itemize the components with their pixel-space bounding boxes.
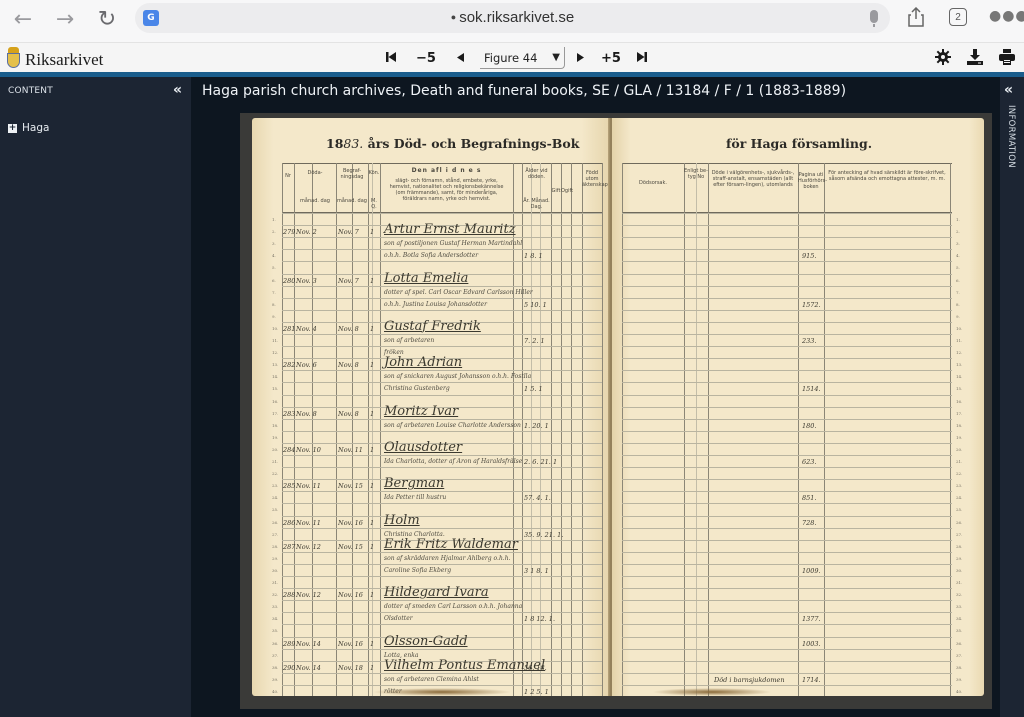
entry-note: son af arbetaren Clemina Ahlst: [384, 676, 479, 683]
row-rule: [622, 249, 952, 250]
url-text: sok.riksarkivet.se: [459, 9, 574, 26]
column-rule: [824, 163, 825, 696]
page-reference: 1714.: [802, 676, 821, 684]
row-number: 20.: [956, 447, 962, 452]
row-number: 32.: [956, 592, 962, 597]
entry-age: 1 8 12. 1.: [524, 615, 555, 623]
row-rule: [622, 516, 952, 517]
entry-burial-date: Nov. 11: [338, 446, 363, 454]
row-number: 11.: [272, 338, 278, 343]
row-number: 16.: [956, 399, 962, 404]
entry-sex: 1: [370, 277, 374, 285]
app-header: Riksarkivet −5 Figure 44 ▼ +5: [0, 42, 1024, 72]
header-page-ref: Pagina uti Husförhörs-boken: [798, 172, 824, 190]
entry-age: 1 8. 1: [524, 252, 543, 260]
entry-note: Christina Gustenberg: [384, 385, 450, 392]
row-rule: [282, 528, 602, 529]
row-rule: [622, 310, 952, 311]
row-number: 9.: [956, 314, 960, 319]
column-rule: [312, 163, 313, 696]
tab-count: 2: [955, 12, 961, 23]
header-unmarried: Ogift: [561, 188, 571, 194]
right-page-heading: för Haga församling.: [726, 136, 872, 151]
caret-left-icon: [457, 53, 464, 62]
entry-name: Vilhelm Pontus Emanuel: [384, 658, 545, 673]
row-rule: [622, 552, 952, 553]
row-number: 40.: [272, 689, 278, 694]
header-age-sub: År. Månad. Dag.: [522, 198, 551, 210]
column-rule: [571, 163, 572, 696]
last-figure-button[interactable]: [627, 51, 657, 66]
more-options-icon[interactable]: ●●●: [989, 8, 1024, 24]
entry-death-date: Nov. 3: [296, 277, 317, 285]
first-figure-button[interactable]: [380, 51, 402, 66]
header-sex: Kön.: [368, 170, 380, 176]
entry-age: 1 2 5. 1: [524, 688, 549, 696]
row-number: 29.: [956, 556, 962, 561]
row-number: 8.: [956, 302, 960, 307]
row-number: 37.: [272, 653, 278, 658]
entry-death-date: Nov. 12: [296, 591, 321, 599]
row-rule: [282, 286, 602, 287]
row-number: 25.: [956, 507, 962, 512]
row-number: 10.: [272, 326, 278, 331]
row-number: 27.: [956, 532, 962, 537]
header-age: Ålder vid döden.: [522, 168, 551, 180]
print-icon[interactable]: [998, 48, 1016, 66]
row-rule: [622, 564, 952, 565]
row-rule: [282, 685, 602, 686]
entry-name: Erik Fritz Waldemar: [384, 537, 518, 552]
header-died: Döda-: [294, 170, 336, 176]
entry-note: son af arbetaren Louise Charlotte Anders…: [384, 422, 521, 429]
document-title: Haga parish church archives, Death and f…: [202, 83, 846, 99]
skip-first-icon: [386, 52, 396, 62]
row-rule: [282, 346, 602, 347]
entry-number: 282: [283, 361, 295, 369]
row-number: 35.: [956, 628, 962, 633]
row-rule: [622, 673, 952, 674]
entry-death-date: Nov. 11: [296, 519, 321, 527]
forward-button[interactable]: →: [52, 6, 78, 32]
row-rule: [282, 395, 602, 396]
skip-last-icon: [637, 52, 647, 62]
row-rule: [622, 661, 952, 662]
entry-name: Hildegard Ivara: [384, 585, 489, 600]
next-figure-button[interactable]: [565, 51, 595, 66]
entry-death-date: Nov. 11: [296, 482, 321, 490]
entry-name: Bergman: [384, 476, 444, 491]
expand-info-button[interactable]: «: [1004, 82, 1013, 98]
expand-icon[interactable]: +: [8, 124, 17, 133]
row-number: 7.: [956, 290, 960, 295]
row-rule: [622, 637, 952, 638]
row-number: 6.: [956, 278, 960, 283]
row-rule: [282, 249, 602, 250]
riksarkivet-logo[interactable]: Riksarkivet: [6, 46, 103, 70]
row-rule: [282, 382, 602, 383]
row-number: 5.: [272, 265, 276, 270]
entry-sex: 1: [370, 446, 374, 454]
row-rule: [622, 467, 952, 468]
row-number: 16.: [272, 399, 278, 404]
entry-number: 284: [283, 446, 295, 454]
entry-death-date: Nov. 12: [296, 543, 321, 551]
row-number: 21.: [272, 459, 278, 464]
page-reference: 1514.: [802, 385, 821, 393]
row-number: 14.: [956, 374, 962, 379]
entry-number: 288: [283, 591, 295, 599]
entry-burial-date: Nov. 8: [338, 361, 359, 369]
entry-burial-date: Nov. 7: [338, 228, 359, 236]
entry-note: Caroline Sofia Ekberg: [384, 567, 451, 574]
page-reference: 180.: [802, 422, 816, 430]
address-bar[interactable]: G ●sok.riksarkivet.se: [135, 3, 890, 33]
entry-note: son af skräddaren Hjalmar Ahlberg o.h.h.: [384, 555, 511, 562]
entry-age: 35. 9. 21. 1.: [524, 531, 563, 539]
row-rule: [282, 298, 602, 299]
row-number: 6.: [272, 278, 276, 283]
row-number: 15.: [272, 386, 278, 391]
row-rule: [622, 649, 952, 650]
header-married: Gift: [551, 188, 561, 194]
column-rule: [294, 163, 295, 696]
figure-select-value: Figure 44: [484, 51, 537, 65]
entry-note: Ida Petter till hustru: [384, 494, 446, 501]
page-reference: 915.: [802, 252, 816, 260]
row-number: 25.: [272, 507, 278, 512]
row-rule: [282, 503, 602, 504]
row-number: 12.: [272, 350, 278, 355]
row-rule: [622, 503, 952, 504]
row-number: 28.: [272, 544, 278, 549]
column-rule: [696, 163, 697, 696]
row-number: 21.: [956, 459, 962, 464]
forward-5-button[interactable]: +5: [595, 51, 627, 66]
row-rule: [622, 431, 952, 432]
header-deceased-sub: slägt- och förnamn, stånd, embete, yrke,…: [384, 178, 509, 202]
entry-name: Gustaf Fredrik: [384, 319, 481, 334]
entry-sex: 1: [370, 640, 374, 648]
header-birth-note: Född utom äktenskap: [582, 170, 602, 188]
left-page: 1883. års Död- och Begrafnings-Bok 1.2.3…: [252, 118, 610, 696]
row-rule: [282, 237, 602, 238]
left-page-heading: 1883. års Död- och Begrafnings-Bok: [326, 136, 579, 151]
right-page: för Haga församling. 1.2.3.4.5.6.7.8.9.1…: [612, 118, 984, 696]
entry-number: 279: [283, 228, 295, 236]
row-rule: [282, 624, 602, 625]
page-reference: 1003.: [802, 640, 821, 648]
column-rule: [282, 163, 283, 696]
entry-burial-date: Nov. 18: [338, 664, 363, 672]
gear-icon[interactable]: [934, 48, 952, 66]
entry-age: 5 10. 1: [524, 301, 547, 309]
entry-age: 3 1 8. 1: [524, 567, 549, 575]
crest-icon: [6, 47, 21, 69]
row-number: 13.: [272, 362, 278, 367]
row-rule: [622, 382, 952, 383]
entry-death-date: Nov. 8: [296, 410, 317, 418]
row-rule: [622, 395, 952, 396]
entry-name: Artur Ernst Mauritz: [384, 222, 516, 237]
row-number: 20.: [272, 447, 278, 452]
row-rule: [282, 431, 602, 432]
entry-age: 7. 2. 1: [524, 337, 545, 345]
column-rule: [602, 163, 603, 696]
back-5-button[interactable]: −5: [402, 51, 450, 66]
column-rule: [372, 163, 373, 696]
row-number: 4.: [272, 253, 276, 258]
information-tab[interactable]: INFORMATION: [1006, 105, 1016, 168]
row-number: 38.: [956, 665, 962, 670]
collapse-sidebar-button[interactable]: «: [173, 82, 182, 98]
row-number: 9.: [272, 314, 276, 319]
header-top-rule: [282, 163, 602, 164]
row-number: 1.: [956, 217, 960, 222]
page-burn-mark: [652, 688, 772, 696]
row-number: 8.: [272, 302, 276, 307]
back-button[interactable]: ←: [10, 6, 36, 32]
entry-number: 290: [283, 664, 295, 672]
row-number: 32.: [272, 592, 278, 597]
entry-death-date: Nov. 4: [296, 325, 317, 333]
row-number: 4.: [956, 253, 960, 258]
entry-age: 57. 4. 1.: [524, 494, 551, 502]
entry-death-date: Nov. 14: [296, 664, 321, 672]
row-rule: [622, 346, 952, 347]
row-number: 31.: [272, 580, 278, 585]
row-number: 34.: [956, 616, 962, 621]
double-chevron-left-icon: «: [1004, 82, 1013, 98]
url-display: ●sok.riksarkivet.se: [135, 9, 890, 26]
entry-burial-date: Nov. 16: [338, 591, 363, 599]
row-rule: [282, 213, 602, 214]
row-number: 19.: [956, 435, 962, 440]
row-rule: [622, 540, 952, 541]
row-rule: [622, 334, 952, 335]
row-rule: [622, 261, 952, 262]
header-notes: För antecking af hvad särskildt är före-…: [826, 170, 948, 182]
entry-burial-date: Nov. 16: [338, 519, 363, 527]
double-chevron-left-icon: «: [173, 82, 182, 98]
entry-death-date: Nov. 2: [296, 228, 317, 236]
entry-note: Olsdotter: [384, 615, 413, 622]
row-rule: [622, 419, 952, 420]
entry-sex: 1: [370, 482, 374, 490]
row-number: 24.: [956, 495, 962, 500]
row-number: 3.: [272, 241, 276, 246]
row-number: 18.: [272, 423, 278, 428]
row-number: 19.: [272, 435, 278, 440]
figure-select[interactable]: Figure 44 ▼: [480, 47, 565, 69]
page-reference: 1377.: [802, 615, 821, 623]
column-rule: [950, 163, 951, 696]
entry-sex: 1: [370, 664, 374, 672]
microphone-icon[interactable]: [870, 10, 878, 23]
column-rule: [368, 163, 369, 696]
row-number: 1.: [272, 217, 276, 222]
row-number: 30.: [956, 568, 962, 573]
page-reference: 1009.: [802, 567, 821, 575]
row-rule: [622, 600, 952, 601]
entry-note: son af arbetaren: [384, 337, 434, 344]
row-rule: [622, 274, 952, 275]
row-number: 13.: [956, 362, 962, 367]
row-rule: [622, 528, 952, 529]
row-rule: [282, 334, 602, 335]
row-number: 34.: [272, 616, 278, 621]
row-number: 14.: [272, 374, 278, 379]
entry-note: son af postiljonen Gustaf Herman Martind…: [384, 240, 522, 247]
header-certificate: Enligt be-tyg No: [684, 168, 708, 180]
row-number: 26.: [956, 520, 962, 525]
entry-sex: 1: [370, 543, 374, 551]
row-rule: [282, 370, 602, 371]
row-rule: [282, 261, 602, 262]
page-reference: 1572.: [802, 301, 821, 309]
entry-burial-date: Nov. 15: [338, 543, 363, 551]
column-rule: [380, 163, 381, 696]
row-number: 3.: [956, 241, 960, 246]
entry-sex: 1: [370, 410, 374, 418]
row-rule: [282, 491, 602, 492]
row-rule: [282, 552, 602, 553]
row-number: 15.: [956, 386, 962, 391]
row-rule: [282, 455, 602, 456]
entry-note: Ida Charlotta, dotter af Aron af Haralds…: [384, 458, 522, 465]
row-number: 40.: [956, 689, 962, 694]
row-number: 26.: [272, 520, 278, 525]
entry-sex: 1: [370, 591, 374, 599]
entry-number: 289: [283, 640, 295, 648]
arrow-right-icon: →: [56, 7, 74, 32]
caret-right-icon: [577, 53, 584, 62]
header-top-rule: [622, 163, 952, 164]
row-rule: [622, 443, 952, 444]
row-number: 31.: [956, 580, 962, 585]
entry-note: dotter af smeden Carl Larsson o.h.h. Joh…: [384, 603, 522, 610]
page-reference: 233.: [802, 337, 816, 345]
dropdown-caret-icon: ▼: [552, 52, 560, 63]
browser-toolbar: ← → ↻ G ●sok.riksarkivet.se 2 ●●●: [0, 0, 1024, 42]
row-rule: [622, 225, 952, 226]
entry-note: son af snickaren August Johansson o.h.h.…: [384, 373, 531, 380]
arrow-left-icon: ←: [14, 7, 32, 32]
entry-age: 1 5. 1: [524, 385, 543, 393]
row-rule: [622, 358, 952, 359]
row-rule: [622, 237, 952, 238]
entry-number: 287: [283, 543, 295, 551]
sidebar-title: CONTENT: [8, 86, 53, 96]
previous-figure-button[interactable]: [450, 51, 470, 66]
row-number: 11.: [956, 338, 962, 343]
download-icon[interactable]: [966, 48, 984, 66]
row-rule: [622, 370, 952, 371]
entry-note: o.h.h. Botla Sofia Andersdotter: [384, 252, 478, 259]
entry-number: 285: [283, 482, 295, 490]
scanned-image[interactable]: 1883. års Död- och Begrafnings-Bok 1.2.3…: [240, 113, 992, 709]
entry-name: Moritz Ivar: [384, 404, 458, 419]
row-rule: [282, 419, 602, 420]
row-number: 10.: [956, 326, 962, 331]
share-icon[interactable]: [907, 7, 925, 27]
row-number: 27.: [272, 532, 278, 537]
row-rule: [622, 322, 952, 323]
row-rule: [622, 479, 952, 480]
entry-number: 283: [283, 410, 295, 418]
row-number: 29.: [272, 556, 278, 561]
row-rule: [622, 576, 952, 577]
row-rule: [282, 467, 602, 468]
row-rule: [622, 455, 952, 456]
lock-icon: ●: [451, 12, 456, 22]
row-number: 7.: [272, 290, 276, 295]
death-cause-note: Död i barnsjukdomen: [714, 676, 785, 684]
entry-note: dotter af spel. Carl Oscar Edvard Carlss…: [384, 289, 533, 296]
tree-item-haga[interactable]: + Haga: [8, 122, 49, 134]
entry-burial-date: Nov. 8: [338, 410, 359, 418]
entry-age: 1. 20. 1: [524, 422, 549, 430]
row-number: 39.: [956, 677, 962, 682]
column-rule: [798, 163, 799, 696]
entry-death-date: Nov. 6: [296, 361, 317, 369]
row-rule: [282, 612, 602, 613]
entry-burial-date: Nov. 8: [338, 325, 359, 333]
entry-note: o.h.h. Justina Louisa Johansdotter: [384, 301, 487, 308]
page-reference: 623.: [802, 458, 816, 466]
row-rule: [282, 673, 602, 674]
entry-name: Holm: [384, 513, 420, 528]
row-rule: [622, 213, 952, 214]
row-rule: [622, 588, 952, 589]
row-rule: [622, 407, 952, 408]
row-number: 5.: [956, 265, 960, 270]
row-number: 35.: [272, 628, 278, 633]
header-sex-sub: M. Q.: [368, 198, 380, 210]
row-rule: [282, 600, 602, 601]
column-rule: [622, 163, 623, 696]
tree-item-label[interactable]: Haga: [22, 122, 49, 134]
entry-sex: 1: [370, 325, 374, 333]
row-number: 36.: [272, 641, 278, 646]
header-number: Nr: [282, 173, 294, 179]
row-rule: [622, 298, 952, 299]
reload-icon: ↻: [98, 7, 116, 32]
entry-burial-date: Nov. 16: [338, 640, 363, 648]
entry-death-date: Nov. 14: [296, 640, 321, 648]
row-number: 24.: [272, 495, 278, 500]
reload-button[interactable]: ↻: [94, 6, 120, 32]
column-rule: [522, 163, 523, 696]
row-rule: [622, 685, 952, 686]
row-number: 33.: [272, 604, 278, 609]
entry-name: Olausdotter: [384, 440, 462, 455]
row-rule: [282, 576, 602, 577]
header-institution: Döde i välgörenhets-, sjukvårds-, straff…: [708, 170, 798, 188]
page-reference: 851.: [802, 494, 816, 502]
tab-count-button[interactable]: 2: [949, 8, 967, 26]
row-number: 22.: [956, 471, 962, 476]
image-viewer: Haga parish church archives, Death and f…: [191, 77, 1000, 717]
row-number: 23.: [272, 483, 278, 488]
entry-number: 281: [283, 325, 295, 333]
page-reference: 728.: [802, 519, 816, 527]
entry-burial-date: Nov. 7: [338, 277, 359, 285]
row-rule: [282, 516, 602, 517]
row-number: 12.: [956, 350, 962, 355]
entry-number: 286: [283, 519, 295, 527]
row-number: 30.: [272, 568, 278, 573]
